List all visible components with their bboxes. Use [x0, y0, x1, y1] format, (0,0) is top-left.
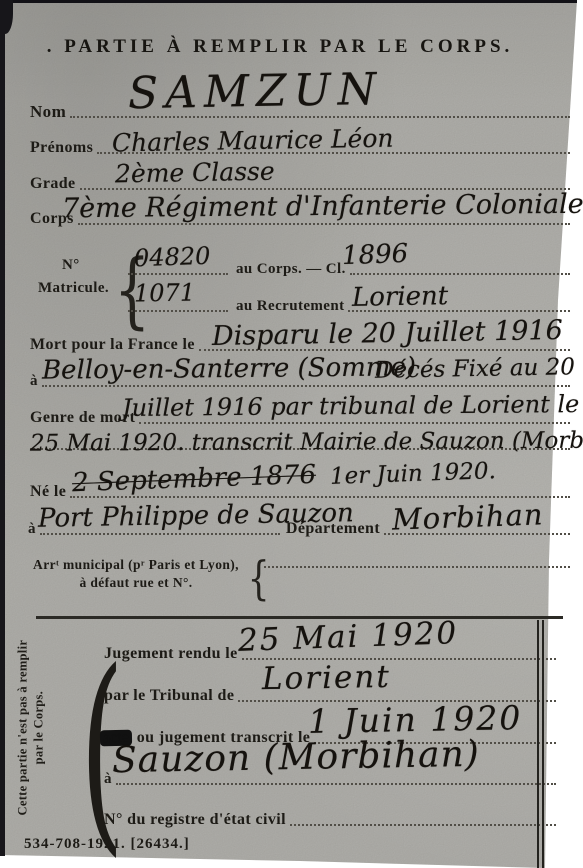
au-recrutement-label: au Recrutement	[236, 299, 344, 314]
nom-value: SAMZUN	[128, 68, 384, 116]
tribunal-value: Lorient	[262, 662, 391, 695]
record-card: . PARTIE À REMPLIR PAR LE CORPS. Nom SAM…	[0, 0, 583, 868]
transcrit-lieu-dotted-line	[116, 783, 556, 785]
jugement-rendu-value: 25 Mai 1920	[238, 618, 459, 657]
card-border-line-outer	[537, 620, 539, 868]
grade-value: 2ème Classe	[115, 159, 275, 187]
transcription-extra-date: 1er Juin 1920.	[330, 460, 497, 489]
section-divider-line	[36, 616, 563, 619]
classe-value: 1896	[342, 241, 409, 269]
arr-municipal-label: Arrᵗ municipal (pʳ Paris et Lyon), à déf…	[30, 556, 242, 592]
departement-value: Morbihan	[392, 500, 544, 534]
footer-code: 534-708-1921. [26434.]	[24, 836, 190, 853]
ne-le-dotted-line	[70, 496, 570, 498]
prenoms-label: Prénoms	[30, 140, 93, 156]
tribunal-label: par le Tribunal de	[104, 688, 234, 704]
transcrit-lieu-value: Sauzon (Morbihan)	[112, 737, 480, 779]
registre-label: N° du registre d'état civil	[104, 812, 286, 828]
ne-le-label: Né le	[30, 484, 66, 500]
au-corps-label: au Corps. — Cl.	[236, 262, 346, 277]
mort-lieu-value: Belloy-en-Santerre (Somme)	[42, 354, 416, 383]
ne-lieu-value: Port Philippe de Sauzon	[38, 500, 354, 532]
jugement-rendu-label: Jugement rendu le	[104, 646, 238, 662]
mort-lieu-label: à	[30, 374, 38, 389]
mort-lieu-value-suffix: Décés Fixé au 20	[375, 356, 575, 382]
matricule-corps-dotted-line	[128, 273, 228, 275]
card-border-line-inner	[542, 620, 544, 868]
mort-france-label: Mort pour la France le	[30, 337, 195, 353]
recrutement-value: Lorient	[352, 283, 449, 311]
genre-mort-dotted-line	[139, 422, 570, 424]
mort-france-value: Disparu le 20 Juillet 1916	[212, 317, 563, 350]
matricule-recrutement-number: 1071	[134, 280, 195, 305]
ne-lieu-dotted-line	[40, 533, 280, 535]
page-title: . PARTIE À REMPLIR PAR LE CORPS.	[0, 36, 560, 58]
nom-label: Nom	[30, 103, 66, 120]
genre-mort-label: Genre de mort	[30, 410, 135, 426]
arr-municipal-brace: {	[248, 551, 270, 605]
scan-top-edge	[0, 0, 577, 3]
matricule-recrutement-dotted-line	[128, 310, 228, 312]
matricule-corps-number: 04820	[134, 244, 211, 271]
matricule-label-line1: N°	[62, 257, 80, 274]
ne-lieu-label: à	[28, 522, 36, 537]
sidebar-note: Cette partie n'est pas à remplir par le …	[15, 640, 46, 816]
transcrit-value: 1 Juin 1920	[308, 701, 523, 738]
arr-municipal-label-line1: Arrᵗ municipal (pʳ Paris et Lyon),	[30, 556, 242, 574]
genre-mort-value-line1: Juillet 1916 par tribunal de Lorient le	[122, 392, 579, 420]
transcrit-lieu-label: à	[104, 772, 112, 787]
grade-label: Grade	[30, 176, 76, 192]
arr-municipal-label-line2: à défaut rue et N°.	[30, 574, 242, 592]
corps-value: 7ème Régiment d'Infanterie Coloniale	[62, 191, 583, 223]
classe-dotted-line	[350, 273, 570, 275]
arr-municipal-dotted-line	[264, 566, 570, 568]
mort-lieu-dotted-line	[42, 385, 570, 387]
registre-dotted-line	[290, 824, 556, 826]
prenoms-value: Charles Maurice Léon	[112, 126, 394, 156]
matricule-label-line2: Matricule.	[38, 280, 109, 297]
genre-mort-value-line2: 25 Mai 1920. transcrit Mairie de Sauzon …	[30, 429, 583, 455]
scan-left-edge	[0, 0, 5, 856]
